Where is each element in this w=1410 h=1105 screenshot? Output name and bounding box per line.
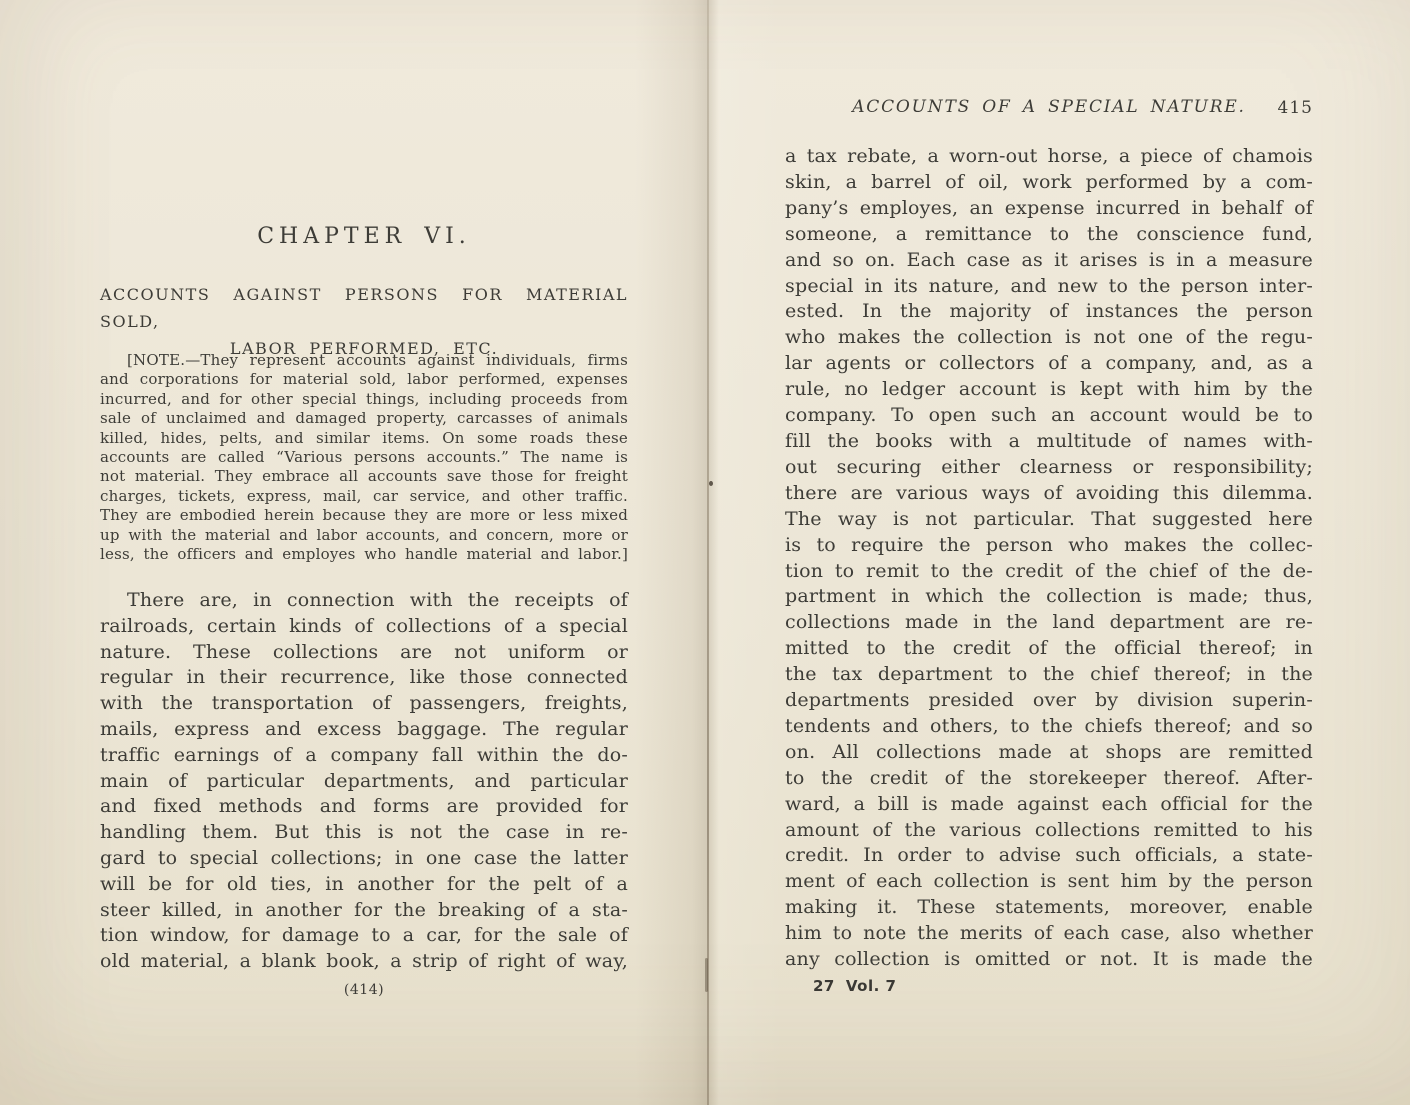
text-line: charges, tickets, express, mail, car ser…	[100, 487, 628, 506]
text-line: regular in their recurrence, like those …	[100, 665, 628, 691]
chapter-subtitle-line1: ACCOUNTS AGAINST PERSONS FOR MATERIAL SO…	[100, 281, 628, 335]
text-line: will be for old ties, in another for the…	[100, 872, 628, 898]
running-header: ACCOUNTS OF A SPECIAL NATURE. 415	[785, 97, 1313, 121]
text-line: and so on. Each case as it arises is in …	[785, 248, 1313, 274]
chapter-title: CHAPTER VI.	[100, 224, 628, 249]
text-line: There are, in connection with the receip…	[100, 588, 628, 614]
right-body-paragraph: a tax rebate, a worn-out horse, a piece …	[785, 144, 1313, 973]
book-scan: CHAPTER VI. ACCOUNTS AGAINST PERSONS FOR…	[0, 0, 1410, 1105]
left-page: CHAPTER VI. ACCOUNTS AGAINST PERSONS FOR…	[0, 0, 710, 1105]
text-line: main of particular departments, and part…	[100, 769, 628, 795]
text-line: railroads, certain kinds of collections …	[100, 614, 628, 640]
text-line: killed, hides, pelts, and similar items.…	[100, 429, 628, 448]
text-line: making it. These statements, moreover, e…	[785, 895, 1313, 921]
signature-number: 27	[813, 977, 835, 995]
text-line: with the transportation of passengers, f…	[100, 691, 628, 717]
text-line: mitted to the credit of the official the…	[785, 636, 1313, 662]
text-line: him to note the merits of each case, als…	[785, 921, 1313, 947]
text-line: not material. They embrace all accounts …	[100, 467, 628, 486]
book-gutter-line	[707, 0, 709, 1105]
text-line: tendents and others, to the chiefs there…	[785, 714, 1313, 740]
text-line: tion to remit to the credit of the chief…	[785, 559, 1313, 585]
text-line: partment in which the collection is made…	[785, 584, 1313, 610]
text-line: old material, a blank book, a strip of r…	[100, 949, 628, 975]
text-line: and corporations for material sold, labo…	[100, 370, 628, 389]
running-head-title: ACCOUNTS OF A SPECIAL NATURE.	[785, 97, 1313, 117]
text-line: steer killed, in another for the breakin…	[100, 898, 628, 924]
text-line: skin, a barrel of oil, work performed by…	[785, 170, 1313, 196]
text-line: sale of unclaimed and damaged property, …	[100, 409, 628, 428]
text-line: amount of the various collections remitt…	[785, 818, 1313, 844]
text-line: any collection is omitted or not. It is …	[785, 947, 1313, 973]
text-line: to the credit of the storekeeper thereof…	[785, 766, 1313, 792]
text-line: company. To open such an account would b…	[785, 403, 1313, 429]
right-page: ACCOUNTS OF A SPECIAL NATURE. 415 a tax …	[710, 0, 1410, 1105]
text-line: gard to special collections; in one case…	[100, 846, 628, 872]
text-line: on. All collections made at shops are re…	[785, 740, 1313, 766]
text-line: is to require the person who makes the c…	[785, 533, 1313, 559]
editorial-note: [NOTE.—They represent accounts against i…	[100, 351, 628, 564]
text-line: accounts are called “Various persons acc…	[100, 448, 628, 467]
text-line: traffic earnings of a company fall withi…	[100, 743, 628, 769]
text-line: departments presided over by division su…	[785, 688, 1313, 714]
text-line: a tax rebate, a worn-out horse, a piece …	[785, 144, 1313, 170]
text-line: collections made in the land department …	[785, 610, 1313, 636]
text-line: The way is not particular. That suggeste…	[785, 507, 1313, 533]
text-line: lar agents or collectors of a company, a…	[785, 351, 1313, 377]
text-line: up with the material and labor accounts,…	[100, 526, 628, 545]
text-line: tion window, for damage to a car, for th…	[100, 923, 628, 949]
right-page-number: 415	[1278, 98, 1313, 118]
text-line: nature. These collections are not unifor…	[100, 640, 628, 666]
left-body-paragraph: There are, in connection with the receip…	[100, 588, 628, 975]
text-line: handling them. But this is not the case …	[100, 820, 628, 846]
text-line: and fixed methods and forms are provided…	[100, 794, 628, 820]
text-line: who makes the collection is not one of t…	[785, 325, 1313, 351]
text-line: ward, a bill is made against each offici…	[785, 792, 1313, 818]
text-line: the tax department to the chief thereof;…	[785, 662, 1313, 688]
text-line: They are embodied herein because they ar…	[100, 506, 628, 525]
text-line: mails, express and excess baggage. The r…	[100, 717, 628, 743]
text-line: pany’s employes, an expense incurred in …	[785, 196, 1313, 222]
text-line: ested. In the majority of instances the …	[785, 299, 1313, 325]
text-line: there are various ways of avoiding this …	[785, 481, 1313, 507]
volume-label: Vol. 7	[846, 977, 897, 995]
text-line: rule, no ledger account is kept with him…	[785, 377, 1313, 403]
text-line: out securing either clearness or respons…	[785, 455, 1313, 481]
chapter-subtitle: ACCOUNTS AGAINST PERSONS FOR MATERIAL SO…	[100, 281, 628, 362]
text-line: ment of each collection is sent him by t…	[785, 869, 1313, 895]
text-line: incurred, and for other special things, …	[100, 390, 628, 409]
text-line: special in its nature, and new to the pe…	[785, 274, 1313, 300]
text-line: credit. In order to advise such official…	[785, 843, 1313, 869]
book-gutter-crease	[705, 958, 708, 992]
text-line: [NOTE.—They represent accounts against i…	[100, 351, 628, 370]
text-line: less, the officers and employes who hand…	[100, 545, 628, 564]
left-page-number: (414)	[100, 982, 628, 998]
signature-mark: 27Vol. 7	[813, 977, 896, 995]
text-line: fill the books with a multitude of names…	[785, 429, 1313, 455]
text-line: someone, a remittance to the conscience …	[785, 222, 1313, 248]
